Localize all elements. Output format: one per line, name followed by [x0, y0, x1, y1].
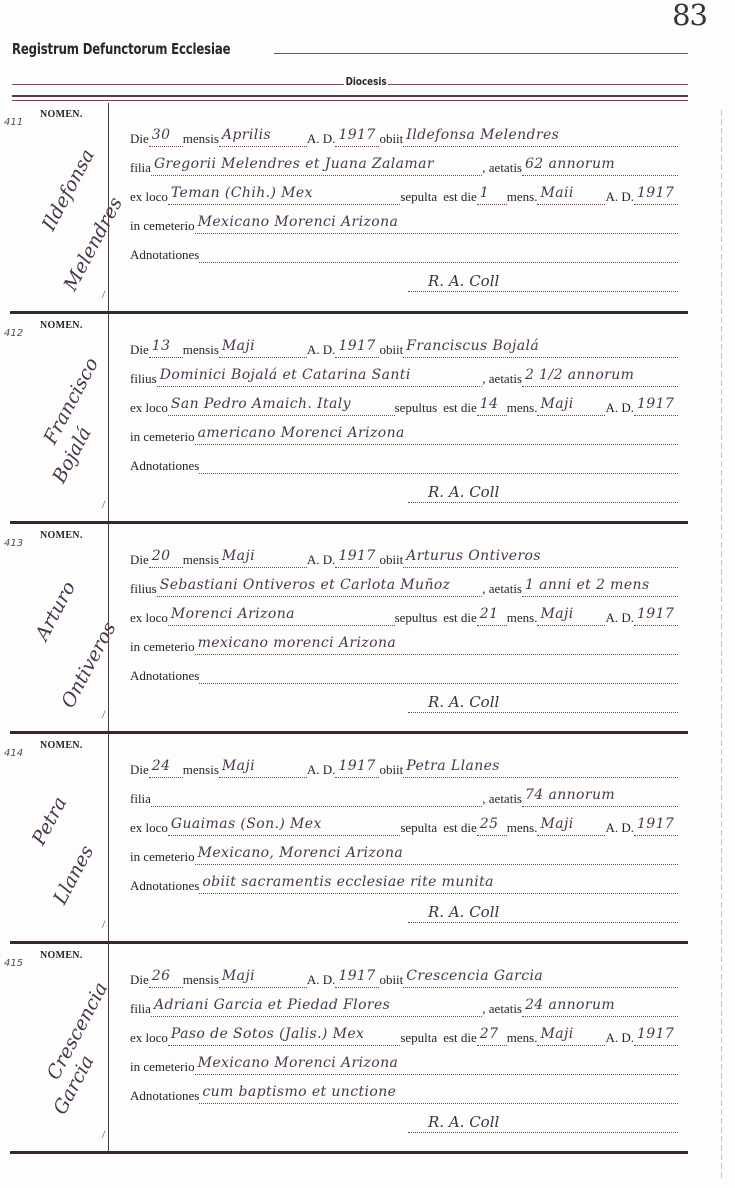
- aetatis-label: , aetatis: [482, 371, 522, 390]
- church-name-blank: [274, 53, 688, 54]
- mensis-label: mensis: [183, 972, 219, 991]
- mens-label: mens.: [507, 610, 538, 629]
- nomen-label: NOMEN.: [40, 740, 83, 751]
- death-year-field[interactable]: 1917: [335, 965, 379, 988]
- aetatis-label: , aetatis: [482, 1001, 522, 1020]
- annotations-label: Adnotationes: [130, 458, 199, 477]
- death-date-row: Die 24 mensis Maji A. D. 1917 obiit Petr…: [130, 752, 678, 781]
- child-prefix-label: filius: [130, 371, 157, 390]
- nomen-label: NOMEN.: [40, 320, 83, 331]
- place-of-origin-field[interactable]: Morenci Arizona: [168, 603, 395, 626]
- aetatis-label: , aetatis: [482, 581, 522, 600]
- death-month-field[interactable]: Maji: [219, 965, 307, 988]
- signature-row: R. A. Coll: [130, 687, 678, 716]
- signature-row: R. A. Coll: [130, 1107, 678, 1136]
- origin-burial-row: ex loco San Pedro Amaich. Italy sepultus…: [130, 390, 678, 419]
- deceased-name-field[interactable]: Ildefonsa Melendres: [403, 124, 678, 147]
- annotations-field[interactable]: [199, 240, 678, 263]
- burial-ad-label: A. D.: [605, 820, 634, 839]
- entry-fields: Die 13 mensis Maji A. D. 1917 obiit Fran…: [130, 332, 678, 506]
- column-divider: [108, 524, 109, 731]
- annotations-field[interactable]: obiit sacramentis ecclesiae rite munita: [199, 871, 678, 894]
- parents-row: filia Gregorii Melendres et Juana Zalama…: [130, 150, 678, 179]
- ex-loco-label: ex loco: [130, 189, 168, 208]
- burial-year-field[interactable]: 1917: [634, 603, 678, 626]
- check-mark-icon: /: [102, 917, 105, 932]
- priest-signature: R. A. Coll: [408, 1111, 678, 1133]
- margin-name: Ildefonsa Melendres: [18, 143, 106, 283]
- obiit-label: obiit: [379, 552, 403, 571]
- ex-loco-label: ex loco: [130, 400, 168, 419]
- parents-field[interactable]: Gregorii Melendres et Juana Zalamar: [151, 153, 482, 176]
- priest-signature: R. A. Coll: [408, 270, 678, 292]
- cemetery-row: in cemeterio americano Morenci Arizona: [130, 419, 678, 448]
- header-double-rule: [12, 95, 688, 101]
- cemetery-row: in cemeterio Mexicano Morenci Arizona: [130, 208, 678, 237]
- est-die-label: est die: [443, 1030, 477, 1049]
- burial-day-field[interactable]: 27: [477, 1023, 507, 1046]
- mens-label: mens.: [507, 1030, 538, 1049]
- ad-label: A. D.: [307, 131, 336, 150]
- mensis-label: mensis: [183, 131, 219, 150]
- margin-name: Francisco Bojalá: [18, 354, 106, 494]
- ex-loco-label: ex loco: [130, 820, 168, 839]
- ex-loco-label: ex loco: [130, 610, 168, 629]
- death-record-entry: 411 NOMEN. Ildefonsa Melendres / Die 30 …: [10, 103, 688, 314]
- obiit-label: obiit: [379, 131, 403, 150]
- age-field[interactable]: 62 annorum: [522, 153, 678, 176]
- column-divider: [108, 944, 109, 1151]
- burial-month-field[interactable]: Maji: [537, 813, 605, 836]
- death-day-field[interactable]: 24: [149, 755, 183, 778]
- aetatis-label: , aetatis: [482, 791, 522, 810]
- annotations-field[interactable]: [199, 661, 678, 684]
- cemetery-field[interactable]: americano Morenci Arizona: [195, 422, 678, 445]
- mens-label: mens.: [507, 820, 538, 839]
- death-year-field[interactable]: 1917: [335, 545, 379, 568]
- column-divider: [108, 103, 109, 311]
- place-of-origin-field[interactable]: Guaimas (Son.) Mex: [168, 813, 400, 836]
- burial-month-field[interactable]: Maji: [537, 603, 605, 626]
- cemetery-label: in cemeterio: [130, 639, 195, 658]
- annotations-row: Adnotationes: [130, 448, 678, 477]
- death-year-field[interactable]: 1917: [335, 755, 379, 778]
- sepult-label: sepultus: [395, 610, 438, 629]
- signature-row: R. A. Coll: [130, 897, 678, 926]
- page-number: 83: [672, 0, 707, 32]
- annotations-field[interactable]: [199, 451, 678, 474]
- register-title: Registrum Defunctorum Ecclesiae: [12, 40, 230, 58]
- parents-field[interactable]: Adriani Garcia et Piedad Flores: [151, 994, 482, 1017]
- origin-burial-row: ex loco Teman (Chih.) Mex sepulta est di…: [130, 179, 678, 208]
- death-year-field[interactable]: 1917: [335, 335, 379, 358]
- age-field[interactable]: 74 annorum: [522, 784, 678, 807]
- death-month-field[interactable]: Maji: [219, 545, 307, 568]
- burial-month-field[interactable]: Maji: [537, 393, 605, 416]
- margin-name: Petra Llanes: [18, 774, 106, 914]
- death-record-entry: 413 NOMEN. Arturo Ontiveros / Die 20 men…: [10, 524, 688, 734]
- column-divider: [108, 734, 109, 941]
- entry-number: 412: [4, 328, 23, 339]
- priest-signature: R. A. Coll: [408, 691, 678, 713]
- place-of-origin-field[interactable]: Paso de Sotos (Jalis.) Mex: [168, 1023, 400, 1046]
- parents-field[interactable]: [151, 784, 482, 807]
- check-mark-icon: /: [102, 1127, 105, 1142]
- burial-month-field[interactable]: Maii: [537, 182, 605, 205]
- entry-fields: Die 30 mensis Aprilis A. D. 1917 obiit I…: [130, 121, 678, 295]
- death-date-row: Die 20 mensis Maji A. D. 1917 obiit Artu…: [130, 542, 678, 571]
- mensis-label: mensis: [183, 762, 219, 781]
- register-header: Registrum Defunctorum Ecclesiae: [12, 34, 688, 58]
- cemetery-label: in cemeterio: [130, 429, 195, 448]
- burial-year-field[interactable]: 1917: [634, 182, 678, 205]
- mensis-label: mensis: [183, 342, 219, 361]
- death-year-field[interactable]: 1917: [335, 124, 379, 147]
- entry-fields: Die 20 mensis Maji A. D. 1917 obiit Artu…: [130, 542, 678, 716]
- burial-ad-label: A. D.: [605, 400, 634, 419]
- burial-day-field[interactable]: 1: [477, 182, 507, 205]
- est-die-label: est die: [443, 610, 477, 629]
- die-label: Die: [130, 762, 149, 781]
- death-date-row: Die 30 mensis Aprilis A. D. 1917 obiit I…: [130, 121, 678, 150]
- sepult-label: sepultus: [395, 400, 438, 419]
- sepult-label: sepulta: [400, 189, 437, 208]
- nomen-label: NOMEN.: [40, 530, 83, 541]
- burial-day-field[interactable]: 25: [477, 813, 507, 836]
- burial-year-field[interactable]: 1917: [634, 813, 678, 836]
- obiit-label: obiit: [379, 342, 403, 361]
- cemetery-row: in cemeterio Mexicano Morenci Arizona: [130, 1049, 678, 1078]
- cemetery-field[interactable]: Mexicano, Morenci Arizona: [195, 842, 678, 865]
- death-record-entry: 414 NOMEN. Petra Llanes / Die 24 mensis …: [10, 734, 688, 944]
- page-edge-line: [721, 110, 722, 1180]
- ex-loco-label: ex loco: [130, 1030, 168, 1049]
- death-record-entry: 412 NOMEN. Francisco Bojalá / Die 13 men…: [10, 314, 688, 524]
- annotations-label: Adnotationes: [130, 878, 199, 897]
- obiit-label: obiit: [379, 762, 403, 781]
- death-month-field[interactable]: Maji: [219, 755, 307, 778]
- cemetery-label: in cemeterio: [130, 1059, 195, 1078]
- entry-number: 414: [4, 748, 23, 759]
- deceased-name-field[interactable]: Petra Llanes: [403, 755, 678, 778]
- annotations-label: Adnotationes: [130, 247, 199, 266]
- sepult-label: sepulta: [400, 1030, 437, 1049]
- mens-label: mens.: [507, 400, 538, 419]
- death-day-field[interactable]: 20: [149, 545, 183, 568]
- entry-number: 411: [4, 117, 23, 128]
- child-prefix-label: filius: [130, 581, 157, 600]
- burial-year-field[interactable]: 1917: [634, 1023, 678, 1046]
- ad-label: A. D.: [307, 762, 336, 781]
- annotations-row: Adnotationes: [130, 658, 678, 687]
- entry-bottom-rule: [10, 1151, 688, 1154]
- burial-ad-label: A. D.: [605, 189, 634, 208]
- margin-name: Arturo Ontiveros: [18, 564, 106, 704]
- entry-number: 413: [4, 538, 23, 549]
- annotations-row: Adnotationes obiit sacramentis ecclesiae…: [130, 868, 678, 897]
- aetatis-label: , aetatis: [482, 160, 522, 179]
- annotations-label: Adnotationes: [130, 1088, 199, 1107]
- ad-label: A. D.: [307, 342, 336, 361]
- death-record-entry: 415 NOMEN. Crescencia Garcia / Die 26 me…: [10, 944, 688, 1154]
- place-of-origin-field[interactable]: Teman (Chih.) Mex: [168, 182, 400, 205]
- parents-field[interactable]: Sebastiani Ontiveros et Carlota Muñoz: [157, 574, 483, 597]
- deceased-name-field[interactable]: Franciscus Bojalá: [403, 335, 678, 358]
- sepult-label: sepulta: [400, 820, 437, 839]
- burial-ad-label: A. D.: [605, 610, 634, 629]
- child-prefix-label: filia: [130, 1001, 151, 1020]
- parents-row: filius Dominici Bojalá et Catarina Santi…: [130, 361, 678, 390]
- death-date-row: Die 13 mensis Maji A. D. 1917 obiit Fran…: [130, 332, 678, 361]
- death-date-row: Die 26 mensis Maji A. D. 1917 obiit Cres…: [130, 962, 678, 991]
- check-mark-icon: /: [102, 707, 105, 722]
- mens-label: mens.: [507, 189, 538, 208]
- check-mark-icon: /: [102, 497, 105, 512]
- deceased-name-field[interactable]: Crescencia Garcia: [403, 965, 678, 988]
- origin-burial-row: ex loco Guaimas (Son.) Mex sepulta est d…: [130, 810, 678, 839]
- check-mark-icon: /: [102, 287, 105, 302]
- origin-burial-row: ex loco Morenci Arizona sepultus est die…: [130, 600, 678, 629]
- diocese-line: Diocesis: [12, 70, 688, 88]
- cemetery-row: in cemeterio Mexicano, Morenci Arizona: [130, 839, 678, 868]
- burial-ad-label: A. D.: [605, 1030, 634, 1049]
- priest-signature: R. A. Coll: [408, 901, 678, 923]
- nomen-label: NOMEN.: [40, 950, 83, 961]
- est-die-label: est die: [443, 400, 477, 419]
- die-label: Die: [130, 342, 149, 361]
- mensis-label: mensis: [183, 552, 219, 571]
- cemetery-label: in cemeterio: [130, 218, 195, 237]
- cemetery-row: in cemeterio mexicano morenci Arizona: [130, 629, 678, 658]
- ad-label: A. D.: [307, 552, 336, 571]
- parents-row: filia , aetatis 74 annorum: [130, 781, 678, 810]
- cemetery-label: in cemeterio: [130, 849, 195, 868]
- margin-name-first: Arturo: [26, 575, 86, 647]
- death-month-field[interactable]: Aprilis: [219, 124, 307, 147]
- nomen-label: NOMEN.: [40, 109, 83, 120]
- die-label: Die: [130, 131, 149, 150]
- annotations-field[interactable]: cum baptismo et unctione: [199, 1081, 678, 1104]
- obiit-label: obiit: [379, 972, 403, 991]
- place-of-origin-field[interactable]: San Pedro Amaich. Italy: [168, 393, 395, 416]
- margin-name-first: Petra: [23, 790, 77, 851]
- est-die-label: est die: [443, 820, 477, 839]
- age-field[interactable]: 2 1/2 annorum: [522, 364, 678, 387]
- death-day-field[interactable]: 13: [149, 335, 183, 358]
- column-divider: [108, 314, 109, 521]
- parents-row: filia Adriani Garcia et Piedad Flores , …: [130, 991, 678, 1020]
- die-label: Die: [130, 552, 149, 571]
- death-day-field[interactable]: 26: [149, 965, 183, 988]
- annotations-label: Adnotationes: [130, 668, 199, 687]
- burial-year-field[interactable]: 1917: [634, 393, 678, 416]
- cemetery-field[interactable]: Mexicano Morenci Arizona: [195, 211, 678, 234]
- parents-row: filius Sebastiani Ontiveros et Carlota M…: [130, 571, 678, 600]
- ad-label: A. D.: [307, 972, 336, 991]
- cemetery-field[interactable]: Mexicano Morenci Arizona: [195, 1052, 678, 1075]
- child-prefix-label: filia: [130, 791, 151, 810]
- parents-field[interactable]: Dominici Bojalá et Catarina Santi: [157, 364, 483, 387]
- burial-day-field[interactable]: 21: [477, 603, 507, 626]
- cemetery-field[interactable]: mexicano morenci Arizona: [195, 632, 678, 655]
- burial-day-field[interactable]: 14: [477, 393, 507, 416]
- death-day-field[interactable]: 30: [149, 124, 183, 147]
- death-month-field[interactable]: Maji: [219, 335, 307, 358]
- origin-burial-row: ex loco Paso de Sotos (Jalis.) Mex sepul…: [130, 1020, 678, 1049]
- entry-fields: Die 26 mensis Maji A. D. 1917 obiit Cres…: [130, 962, 678, 1136]
- deceased-name-field[interactable]: Arturus Ontiveros: [403, 545, 678, 568]
- burial-month-field[interactable]: Maji: [537, 1023, 605, 1046]
- signature-row: R. A. Coll: [130, 266, 678, 295]
- age-field[interactable]: 24 annorum: [522, 994, 678, 1017]
- entry-fields: Die 24 mensis Maji A. D. 1917 obiit Petr…: [130, 752, 678, 926]
- annotations-row: Adnotationes: [130, 237, 678, 266]
- priest-signature: R. A. Coll: [408, 481, 678, 503]
- margin-name: Crescencia Garcia: [18, 984, 106, 1124]
- child-prefix-label: filia: [130, 160, 151, 179]
- signature-row: R. A. Coll: [130, 477, 678, 506]
- age-field[interactable]: 1 anni et 2 mens: [522, 574, 678, 597]
- entry-number: 415: [4, 958, 23, 969]
- diocese-label: Diocesis: [344, 75, 388, 88]
- est-die-label: est die: [443, 189, 477, 208]
- die-label: Die: [130, 972, 149, 991]
- annotations-row: Adnotationes cum baptismo et unctione: [130, 1078, 678, 1107]
